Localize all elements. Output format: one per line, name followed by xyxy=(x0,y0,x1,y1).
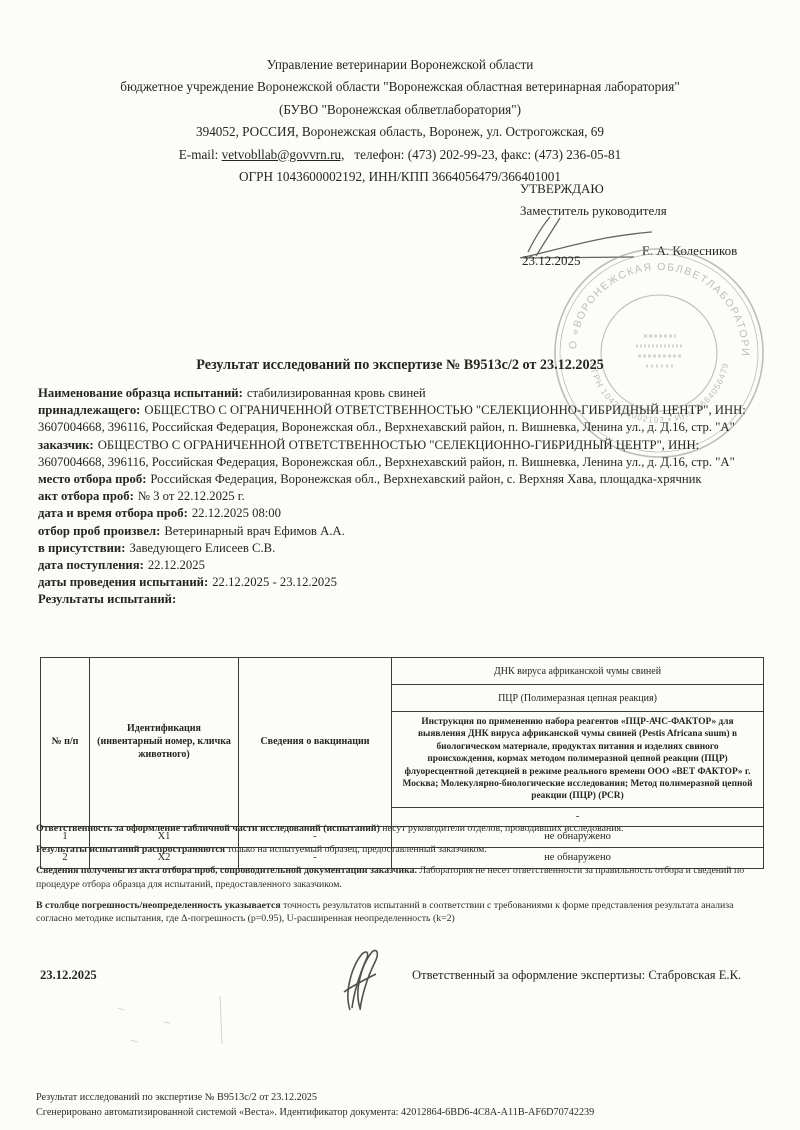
executor-label: Ответственный за оформление экспертизы: … xyxy=(412,968,741,983)
note-responsibility: Ответственность за оформление табличной … xyxy=(36,822,768,836)
executor-signature xyxy=(336,946,384,1016)
field-label: в присутствии: xyxy=(38,541,125,555)
disclaimer-notes: Ответственность за оформление табличной … xyxy=(36,822,768,934)
field-label: Наименование образца испытаний: xyxy=(38,386,243,400)
org-parent: Управление ветеринарии Воронежской облас… xyxy=(0,54,800,76)
field-label: акт отбора проб: xyxy=(38,489,134,503)
signoff-date: 23.12.2025 xyxy=(40,968,97,983)
field-value: стабилизированная кровь свиней xyxy=(247,386,426,400)
field-testing-dates: даты проведения испытаний:22.12.2025 - 2… xyxy=(38,574,768,591)
email-link: vetvobllab@govvrn.ru, xyxy=(222,147,345,162)
field-value: ОБЩЕСТВО С ОГРАНИЧЕННОЙ ОТВЕТСТВЕННОСТЬЮ… xyxy=(38,438,735,469)
sample-details: Наименование образца испытаний:стабилизи… xyxy=(38,385,768,609)
field-value: № 3 от 22.12.2025 г. xyxy=(138,489,245,503)
phone-fax: телефон: (473) 202-99-23, факс: (473) 23… xyxy=(354,147,621,162)
field-customer: заказчик:ОБЩЕСТВО С ОГРАНИЧЕННОЙ ОТВЕТСТ… xyxy=(38,437,768,471)
results-heading: Результаты испытаний: xyxy=(38,591,768,608)
org-address: 394052, РОССИЯ, Воронежская область, Вор… xyxy=(0,121,800,143)
col-header-vaccination: Сведения о вакцинации xyxy=(239,658,392,827)
method-full: Инструкция по применению набора реагенто… xyxy=(392,712,764,808)
note-sampling-info: Сведения получены из акта отбора проб, с… xyxy=(36,864,768,891)
field-sample-name: Наименование образца испытаний:стабилизи… xyxy=(38,385,768,402)
field-label: заказчик: xyxy=(38,438,94,452)
field-value: ОБЩЕСТВО С ОГРАНИЧЕННОЙ ОТВЕТСТВЕННОСТЬЮ… xyxy=(38,403,746,434)
field-label: отбор проб произвел: xyxy=(38,524,160,538)
footer-expertise-line: Результат исследований по экспертизе № B… xyxy=(36,1091,776,1106)
document-page: Управление ветеринарии Воронежской облас… xyxy=(0,0,800,1130)
email-label: E-mail: xyxy=(179,147,219,162)
col-header-identification: Идентификация (инвентарный номер, кличка… xyxy=(90,658,239,827)
field-value: 22.12.2025 xyxy=(148,558,205,572)
approve-label: УТВЕРЖДАЮ xyxy=(520,178,768,200)
field-sampling-act: акт отбора проб:№ 3 от 22.12.2025 г. xyxy=(38,488,768,505)
org-short-name: (БУВО "Воронежская облветлаборатория") xyxy=(0,99,800,121)
org-contacts: E-mail: vetvobllab@govvrn.ru,телефон: (4… xyxy=(0,144,800,166)
scan-artifact-marks xyxy=(100,992,260,1052)
stamp-ring-top-text: БУВО «ВОРОНЕЖСКАЯ ОБЛВЕТЛАБОРАТОРИЯ» xyxy=(548,240,751,357)
field-owner: принадлежащего:ОБЩЕСТВО С ОГРАНИЧЕННОЙ О… xyxy=(38,402,768,436)
field-value: Российская Федерация, Воронежская обл., … xyxy=(150,472,701,486)
field-sampling-place: место отбора проб:Российская Федерация, … xyxy=(38,471,768,488)
note-uncertainty: В столбце погрешность/неопределенность у… xyxy=(36,899,768,926)
field-value: 22.12.2025 08:00 xyxy=(192,506,281,520)
analyte-name: ДНК вируса африканской чумы свиней xyxy=(392,658,764,685)
footer-generated-line: Сгенерировано автоматизированной системо… xyxy=(36,1106,776,1121)
note-scope: Результаты испытаний распространяются то… xyxy=(36,843,768,857)
field-receipt-date: дата поступления:22.12.2025 xyxy=(38,557,768,574)
field-witness: в присутствии:Заведующего Елисеев С.В. xyxy=(38,540,768,557)
field-value: 22.12.2025 - 23.12.2025 xyxy=(212,575,337,589)
field-value: Заведующего Елисеев С.В. xyxy=(129,541,275,555)
document-footer: Результат исследований по экспертизе № B… xyxy=(36,1091,776,1120)
document-title: Результат исследований по экспертизе № B… xyxy=(0,357,800,374)
field-sampling-datetime: дата и время отбора проб:22.12.2025 08:0… xyxy=(38,505,768,522)
field-label: дата и время отбора проб: xyxy=(38,506,188,520)
field-label: дата поступления: xyxy=(38,558,144,572)
field-label: даты проведения испытаний: xyxy=(38,575,208,589)
field-value: Ветеринарный врач Ефимов А.А. xyxy=(164,524,344,538)
field-label: место отбора проб: xyxy=(38,472,146,486)
org-name: бюджетное учреждение Воронежской области… xyxy=(0,76,800,98)
method-short: ПЦР (Полимеразная цепная реакция) xyxy=(392,685,764,712)
svg-text:БУВО «ВОРОНЕЖСКАЯ ОБЛВЕТЛАБОРА: БУВО «ВОРОНЕЖСКАЯ ОБЛВЕТЛАБОРАТОРИЯ» xyxy=(548,240,751,357)
letterhead: Управление ветеринарии Воронежской облас… xyxy=(0,54,800,188)
col-header-number: № п/п xyxy=(41,658,90,827)
field-sampler: отбор проб произвел:Ветеринарный врач Еф… xyxy=(38,523,768,540)
field-label: принадлежащего: xyxy=(38,403,140,417)
